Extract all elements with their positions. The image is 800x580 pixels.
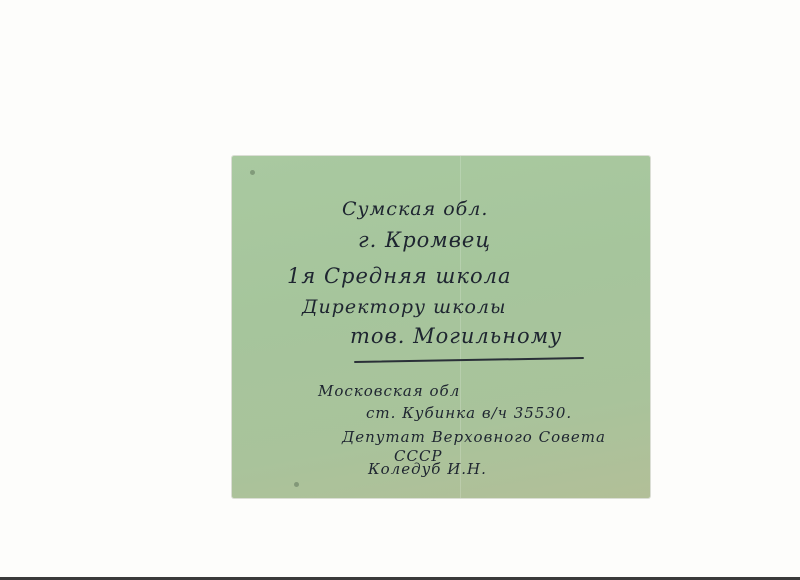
recipient-name: тов. Могильному [350, 324, 562, 348]
recipient-city: г. Кромвец [358, 228, 491, 252]
paper-spot [250, 170, 255, 175]
envelope: Сумская обл. г. Кромвец 1я Средняя школа… [232, 156, 650, 498]
recipient-school: 1я Средняя школа [287, 264, 511, 288]
recipient-region: Сумская обл. [342, 198, 488, 220]
sender-title: Депутат Верховного Совета [342, 428, 606, 446]
sender-name: Коледуб И.Н. [368, 460, 487, 478]
sender-station-unit: ст. Кубинка в/ч 35530. [366, 404, 572, 422]
recipient-title: Директору школы [302, 296, 506, 318]
paper-spot [294, 482, 299, 487]
address-divider [354, 357, 584, 363]
sender-region: Московская обл [318, 382, 460, 400]
